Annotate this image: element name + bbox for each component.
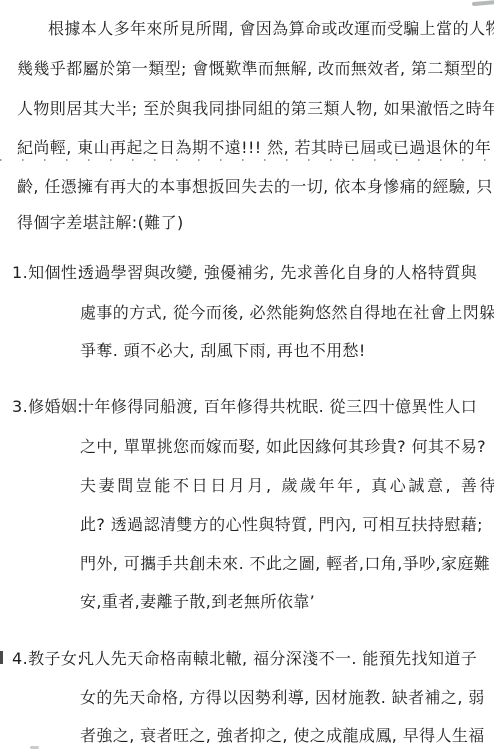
list-item-3-label: 3.修婚姻: (12, 398, 78, 416)
list-item-4-text: 凡人先天命格南轅北轍, 福分深淺不一. 能預先找知道子 (78, 649, 477, 668)
list-item-3-line: 之中, 單單挑您而嫁而娶, 如此因緣何其珍貴? 何其不易? (80, 438, 486, 456)
list-item-1-line: 爭奪. 頭不必大, 刮風下雨, 再也不用愁! (80, 342, 366, 360)
intro-line: 齡, 任憑擁有再大的本事想扳回失去的一切, 依本身慘痛的經驗, 只 (17, 178, 493, 196)
intro-line: 幾幾乎都屬於第一類型; 會慨歎準而無解, 改而無效者, 第二類型的 (17, 60, 493, 78)
intro-line: 根據本人多年來所見所聞, 會因為算命或改運而受騙上當的人物, (48, 20, 494, 38)
scan-artifact-bottom-speck (30, 746, 39, 749)
list-item-4-line: 女的先天命格, 方得以因勢利導, 因材施教. 缺者補之, 弱 (80, 689, 485, 707)
list-item-3-line: 夫妻間豈能不日日月月, 歲歲年年, 真心誠意, 善待彼 (80, 477, 494, 495)
scanned-document-page: 根據本人多年來所見所聞, 會因為算命或改運而受騙上當的人物, 幾幾乎都屬於第一類… (0, 0, 494, 752)
list-item-3-line: 安,重者,妻離子散,到老無所依靠’ (80, 593, 315, 611)
list-item-4-label: 4.教子女: (12, 650, 78, 668)
list-item-3-first-line: 3.修婚姻:十年修得同船渡, 百年修得共枕眠. 從三四十億異性人口 (12, 398, 477, 416)
intro-line: 得個字差堪註解:(難了) (17, 214, 184, 232)
list-item-1-text: 透過學習與改變, 強優補劣, 先求善化自身的人格特質與 (78, 263, 477, 282)
scan-artifact-dotted-line (0, 159, 494, 161)
list-item-1-label: 1.知個性: (12, 264, 78, 282)
list-item-3-line: 此? 透過認清雙方的心性與特質, 門內, 可相互扶持慰藉; (80, 516, 483, 534)
scan-artifact-left-edge-mark (0, 651, 3, 664)
intro-line: 紀尚輕, 東山再起之日為期不遠!!! 然, 若其時已屆或已過退休的年 (17, 139, 491, 157)
scan-artifact-corner-sliver (472, 0, 494, 6)
list-item-1-first-line: 1.知個性:透過學習與改變, 強優補劣, 先求善化自身的人格特質與 (12, 264, 477, 282)
list-item-3-line: 門外, 可攜手共創未來. 不此之圖, 輕者,口角,爭吵,家庭難 (80, 555, 490, 573)
intro-line: 人物則居其大半; 至於與我同掛同組的第三類人物, 如果澈悟之時年 (17, 100, 494, 118)
list-item-4-line: 者強之, 衰者旺之, 強者抑之, 使之成龍成鳳, 早得人生福 (80, 727, 485, 745)
list-item-4-first-line: 4.教子女:凡人先天命格南轅北轍, 福分深淺不一. 能預先找知道子 (12, 650, 477, 668)
list-item-1-line: 處事的方式, 從今而後, 必然能夠悠然自得地在社會上閃躲 (80, 304, 494, 322)
list-item-3-text: 十年修得同船渡, 百年修得共枕眠. 從三四十億異性人口 (78, 397, 477, 416)
